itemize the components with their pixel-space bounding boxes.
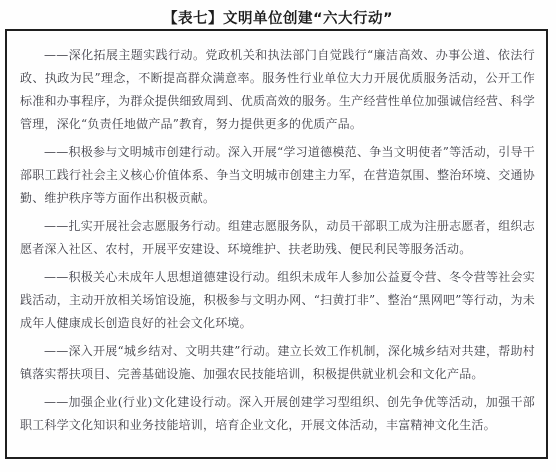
document-page: 【表七】文明单位创建“六大行动” ——深化拓展主题实践行动。党政机关和执法部门自… xyxy=(0,0,556,472)
action-paragraph-5: ——深入开展“城乡结对、文明共建”行动。建立长效工作机制，深化城乡结对共建，帮助… xyxy=(20,340,535,386)
action-paragraph-4: ——积极关心未成年人思想道德建设行动。组织未成年人参加公益夏令营、冬令营等社会实… xyxy=(20,266,535,335)
action-paragraph-1: ——深化拓展主题实践行动。党政机关和执法部门自觉践行“廉洁高效、办事公道、依法行… xyxy=(20,44,535,136)
content-box: ——深化拓展主题实践行动。党政机关和执法部门自觉践行“廉洁高效、办事公道、依法行… xyxy=(5,29,548,459)
action-paragraph-3: ——扎实开展社会志愿服务行动。组建志愿服务队，动员干部职工成为注册志愿者，组织志… xyxy=(20,215,535,261)
action-paragraph-2: ——积极参与文明城市创建行动。深入开展“学习道德模范、争当文明使者”等活动，引导… xyxy=(20,141,535,210)
action-paragraph-6: ——加强企业(行业)文化建设行动。深入开展创建学习型组织、创先争优等活动，加强干… xyxy=(20,391,535,437)
